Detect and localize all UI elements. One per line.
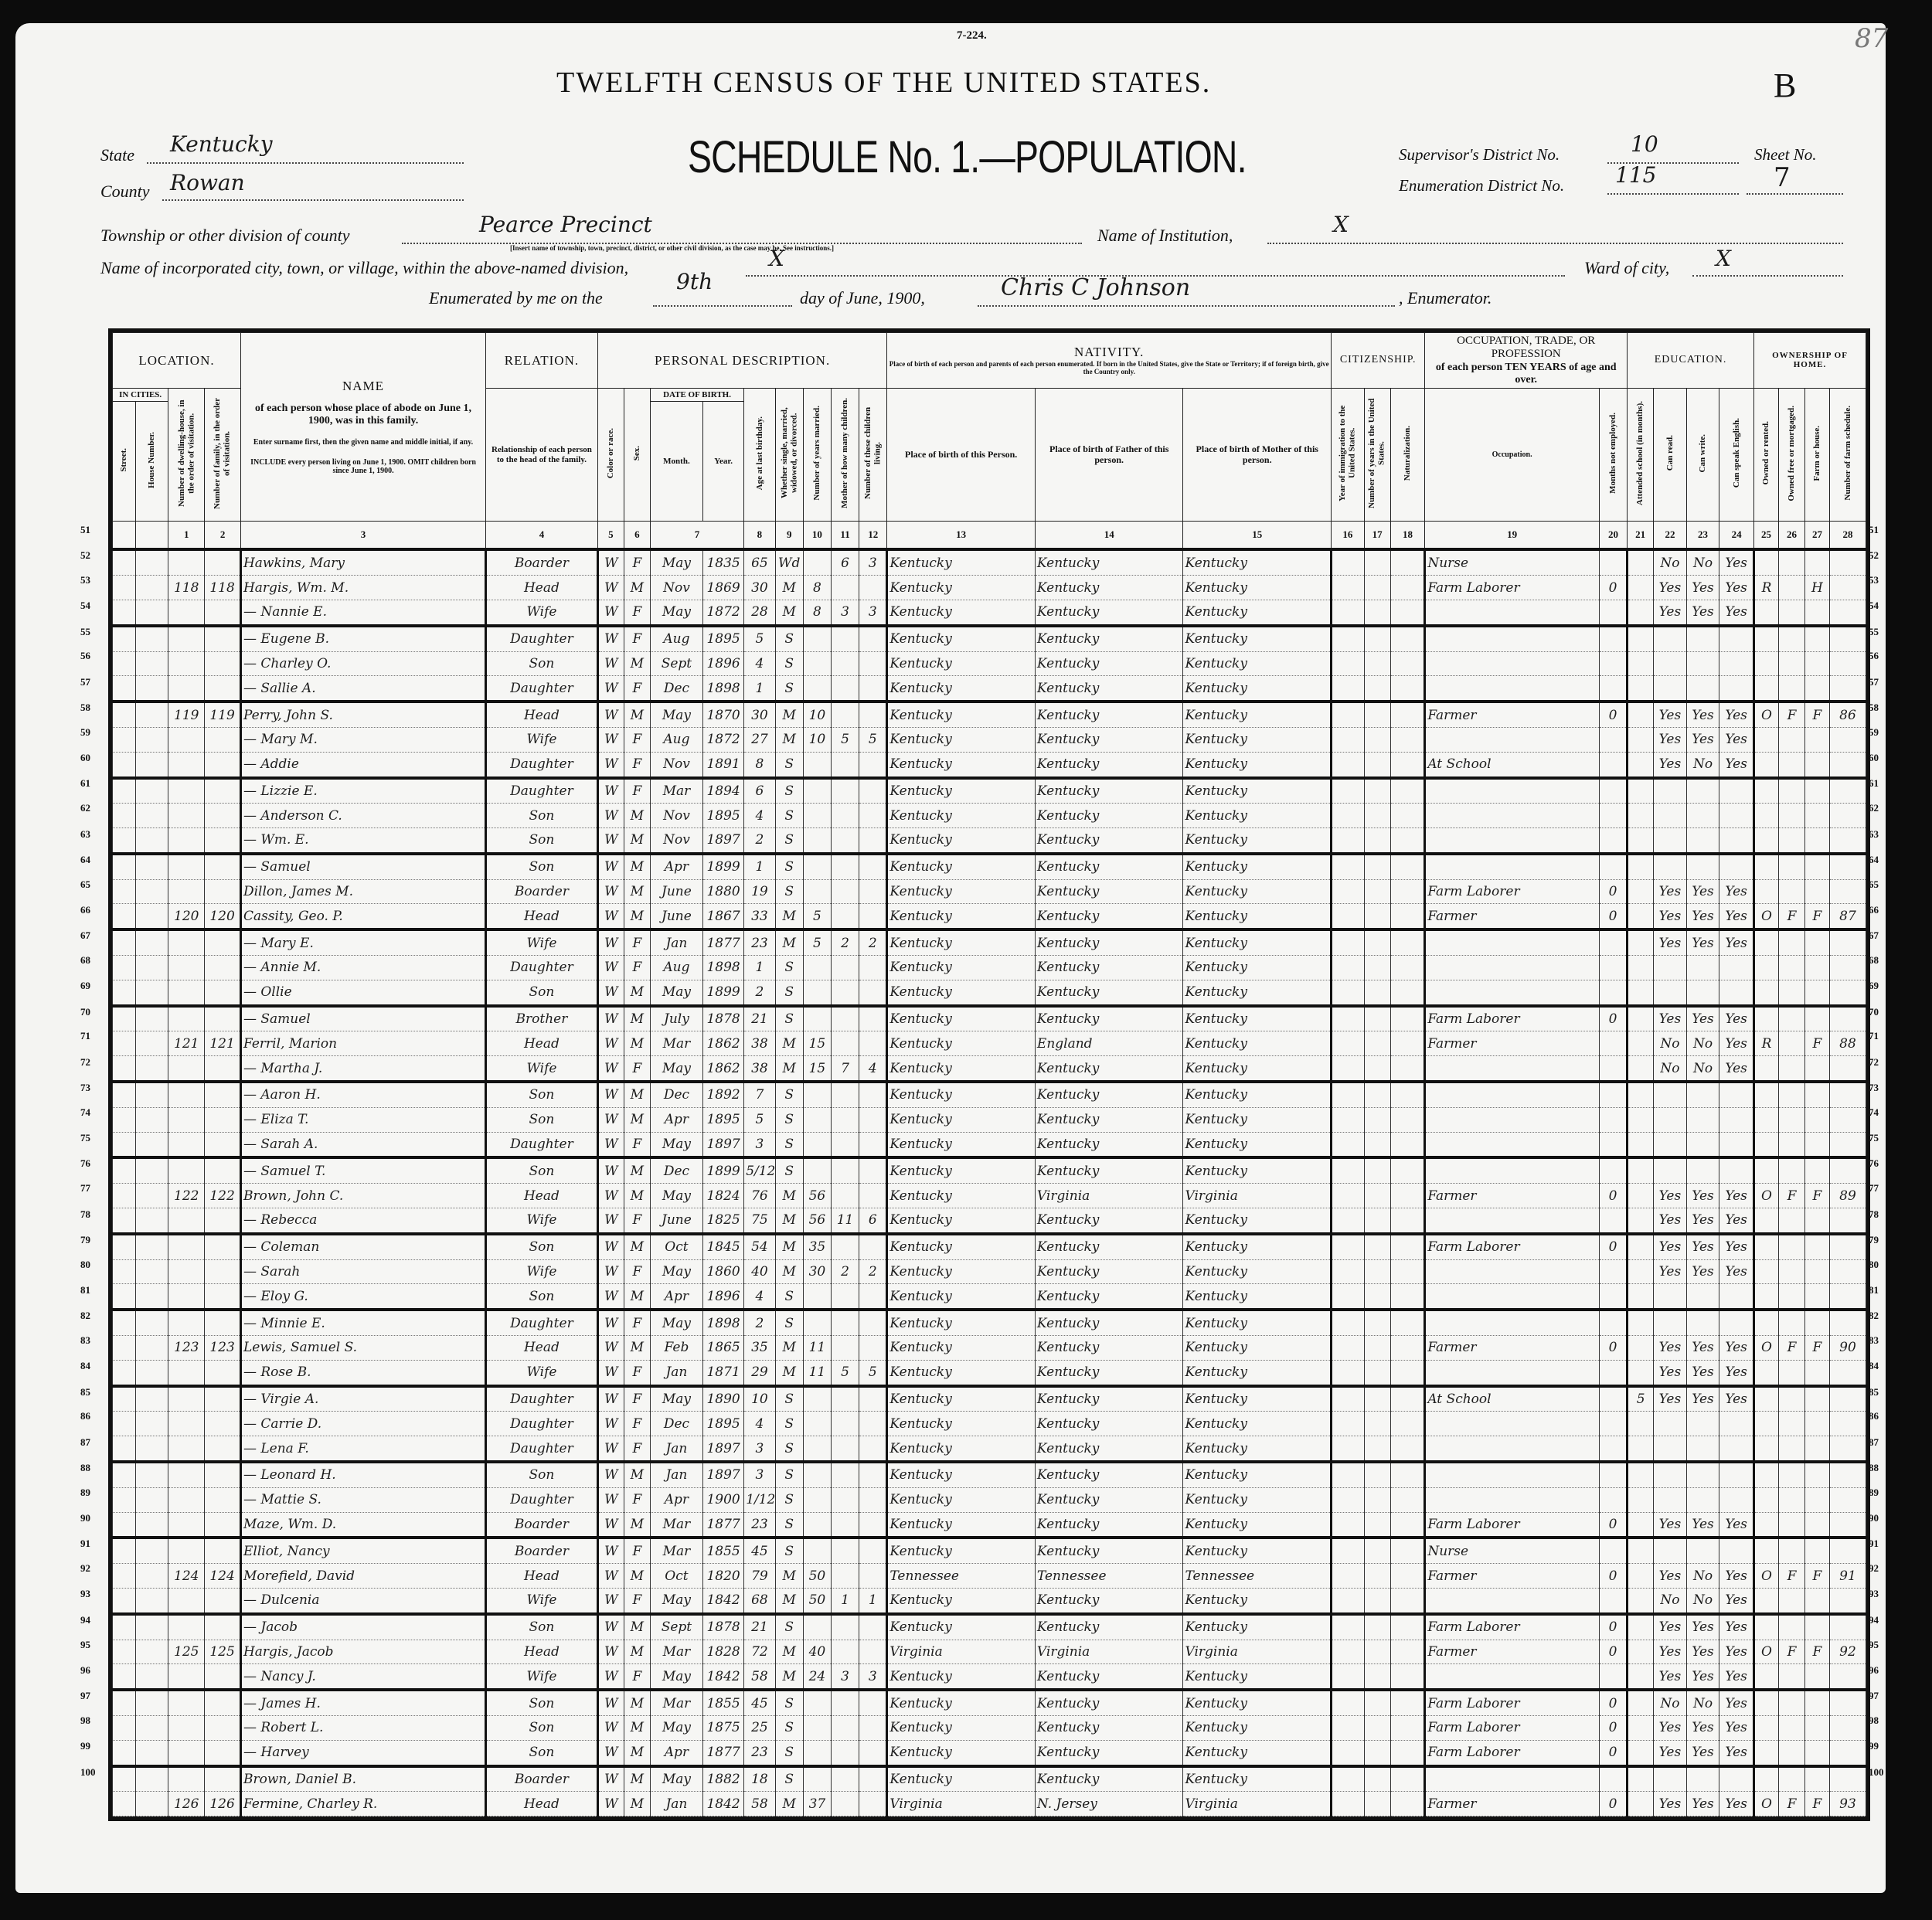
cell-relation: Head [486,576,598,600]
cell-years-in-us [1364,879,1390,904]
cell-sex: M [624,1031,650,1056]
cell-marital: S [775,1284,803,1310]
line-number: 80 [80,1259,90,1271]
cell-family: 123 [205,1336,241,1361]
cell-farm-schedule [1829,1234,1866,1259]
cell-mother-birthplace: Kentucky [1183,904,1332,929]
cell-birthplace: Kentucky [887,1284,1036,1310]
cell-family [205,828,241,854]
cell-name: Dillon, James M. [240,879,485,904]
table-row: — SamuelSonWMApr18991SKentuckyKentuckyKe… [113,854,1866,879]
cell-school-months [1628,1284,1654,1310]
cell-immigration [1332,929,1365,955]
cell-speaks-english: Yes [1719,727,1754,752]
cell-months-not-employed [1599,1487,1627,1512]
cell-free-mortgaged: F [1778,1564,1804,1589]
cell-free-mortgaged [1778,1284,1804,1310]
cell-months-not-employed [1599,1157,1627,1183]
cell-immigration [1332,1792,1365,1816]
cell-occupation: Farm Laborer [1425,1006,1600,1031]
cell-children-living [859,1640,887,1664]
cell-children-living [859,904,887,929]
cell-birthplace: Kentucky [887,1208,1036,1234]
table-row: Dillon, James M.BoarderWMJune188019SKent… [113,879,1866,904]
cell-house [135,651,168,676]
cell-birthplace: Kentucky [887,1031,1036,1056]
cell-mother-of [831,904,859,929]
cell-name: — Sarah [240,1259,485,1284]
cell-owned-rented [1754,1310,1779,1335]
cell-months-not-employed: 0 [1599,1336,1627,1361]
line-number: 79 [80,1234,90,1246]
cell-birthplace: Kentucky [887,828,1036,854]
cell-name: — Ollie [240,980,485,1005]
cell-name: — Rebecca [240,1208,485,1234]
cell-farm-schedule [1829,1715,1866,1740]
cell-relation: Head [486,1031,598,1056]
cell-years-in-us [1364,752,1390,777]
col-birth-year: Year. [702,402,743,522]
cell-years-married [803,778,831,804]
cell-farm-house [1804,980,1829,1005]
cell-school-months [1628,1056,1654,1082]
cell-relation: Son [486,1690,598,1715]
line-number: 74 [80,1106,90,1119]
cell-can-read: Yes [1654,1512,1687,1538]
cell-birth-month: Apr [650,1740,702,1765]
cell-school-months [1628,1740,1654,1765]
cell-can-read [1654,1310,1687,1335]
cell-name: — Annie M. [240,956,485,980]
cell-birth-month: Nov [650,828,702,854]
cell-birth-month: Dec [650,1412,702,1436]
cell-marital: M [775,600,803,625]
cell-farm-schedule [1829,828,1866,854]
cell-relation: Wife [486,929,598,955]
col-relation-desc: Relationship of each person to the head … [486,388,598,522]
cell-mother-birthplace: Kentucky [1183,727,1332,752]
cell-free-mortgaged: F [1778,1336,1804,1361]
cell-age: 75 [744,1208,775,1234]
line-number: 87 [80,1436,90,1449]
cell-age: 21 [744,1006,775,1031]
cell-dwelling: 124 [168,1564,205,1589]
col-group-in-cities: IN CITIES. [113,388,168,402]
cell-name: Hargis, Wm. M. [240,576,485,600]
cell-can-read [1654,1766,1687,1792]
cell-years-in-us [1364,626,1390,651]
line-number: 70 [80,1006,90,1018]
cell-birthplace: Virginia [887,1640,1036,1664]
cell-months-not-employed [1599,956,1627,980]
cell-relation: Son [486,1284,598,1310]
cell-mother-birthplace: Kentucky [1183,778,1332,804]
cell-birthplace: Kentucky [887,1664,1036,1690]
cell-birth-year: 1825 [702,1208,743,1234]
cell-sex: M [624,1690,650,1715]
occupation-title: OCCUPATION, TRADE, OR PROFESSION [1427,335,1625,362]
institution-line [1267,243,1843,244]
cell-name: — Addie [240,752,485,777]
cell-birth-year: 1891 [702,752,743,777]
cell-color: W [597,1512,624,1538]
cell-occupation [1425,651,1600,676]
cell-immigration [1332,1640,1365,1664]
cell-school-months [1628,651,1654,676]
cell-months-not-employed [1599,1259,1627,1284]
cell-street [113,626,136,651]
cell-name: Ferril, Marion [240,1031,485,1056]
cell-birth-month: Mar [650,1690,702,1715]
cell-sex: M [624,1184,650,1208]
cell-immigration [1332,1360,1365,1385]
col-attended-school: Attended school (in months). [1628,388,1654,522]
cell-farm-house: F [1804,1184,1829,1208]
cell-can-read: Yes [1654,727,1687,752]
cell-dwelling [168,1386,205,1412]
cell-birth-year: 1895 [702,1412,743,1436]
cell-years-married: 56 [803,1208,831,1234]
cell-sex: M [624,1512,650,1538]
name-include: INCLUDE every person living on June 1, 1… [243,458,484,476]
cell-marital: Wd [775,549,803,575]
cell-years-married [803,1740,831,1765]
line-number: 67 [1869,929,1879,942]
cell-marital: S [775,778,803,804]
cell-years-married: 5 [803,904,831,929]
cell-name: — Charley O. [240,651,485,676]
cell-family [205,1412,241,1436]
cell-free-mortgaged [1778,1310,1804,1335]
cell-street [113,1284,136,1310]
cell-name: — Nannie E. [240,600,485,625]
colnum-11: 11 [831,522,859,550]
cell-children-living [859,956,887,980]
cell-naturalization [1390,600,1425,625]
cell-school-months [1628,549,1654,575]
cell-color: W [597,1766,624,1792]
institution-value: X [1333,212,1349,237]
cell-can-read: Yes [1654,879,1687,904]
colnum-6: 6 [624,522,650,550]
cell-can-read [1654,626,1687,651]
cell-name: — Mattie S. [240,1487,485,1512]
cell-age: 35 [744,1336,775,1361]
cell-family [205,804,241,828]
cell-speaks-english: Yes [1719,1336,1754,1361]
cell-dwelling: 120 [168,904,205,929]
table-row: — Eugene B.DaughterWFAug18955SKentuckyKe… [113,626,1866,651]
cell-immigration [1332,1107,1365,1132]
cell-owned-rented [1754,1715,1779,1740]
cell-free-mortgaged [1778,576,1804,600]
cell-years-in-us [1364,1766,1390,1792]
cell-children-living: 5 [859,1360,887,1385]
cell-birth-year: 1875 [702,1715,743,1740]
cell-farm-schedule [1829,752,1866,777]
cell-color: W [597,1690,624,1715]
cell-can-write: Yes [1686,576,1719,600]
cell-street [113,549,136,575]
cell-birth-year: 1882 [702,1766,743,1792]
colnum-2: 2 [205,522,241,550]
line-number: 89 [1869,1487,1879,1499]
cell-street [113,1792,136,1816]
colnum-15: 15 [1183,522,1332,550]
cell-can-write [1686,676,1719,702]
cell-immigration [1332,1564,1365,1589]
line-number: 61 [80,777,90,790]
cell-marital: S [775,651,803,676]
cell-children-living [859,576,887,600]
cell-color: W [597,1360,624,1385]
cell-mother-birthplace: Kentucky [1183,1310,1332,1335]
table-row: — Annie M.DaughterWFAug18981SKentuckyKen… [113,956,1866,980]
cell-occupation: Farm Laborer [1425,576,1600,600]
cell-marital: S [775,956,803,980]
colnum-21: 21 [1628,522,1654,550]
cell-house [135,1589,168,1614]
cell-farm-schedule [1829,1538,1866,1563]
cell-father-birthplace: Kentucky [1035,854,1183,879]
cell-children-living [859,1538,887,1563]
cell-mother-birthplace: Kentucky [1183,626,1332,651]
cell-naturalization [1390,980,1425,1005]
cell-years-married [803,1412,831,1436]
cell-naturalization [1390,854,1425,879]
cell-speaks-english: Yes [1719,1056,1754,1082]
cell-farm-house: F [1804,904,1829,929]
cell-owned-rented [1754,727,1779,752]
cell-can-read: Yes [1654,1614,1687,1640]
cell-birth-month: May [650,1132,702,1157]
cell-naturalization [1390,1614,1425,1640]
cell-years-married [803,1538,831,1563]
cell-birth-year: 1855 [702,1690,743,1715]
cell-can-read [1654,956,1687,980]
line-number: 54 [80,600,90,612]
cell-speaks-english: Yes [1719,1589,1754,1614]
cell-years-married: 56 [803,1184,831,1208]
cell-street [113,1664,136,1690]
cell-relation: Boarder [486,1766,598,1792]
line-number: 65 [1869,878,1879,891]
cell-dwelling: 119 [168,702,205,727]
cell-name: Maze, Wm. D. [240,1512,485,1538]
cell-mother-of [831,1082,859,1107]
table-row: — Rose B.WifeWFJan187129M1155KentuckyKen… [113,1360,1866,1385]
cell-owned-rented [1754,1284,1779,1310]
cell-owned-rented [1754,1082,1779,1107]
cell-years-married [803,1487,831,1512]
cell-relation: Head [486,904,598,929]
cell-months-not-employed [1599,626,1627,651]
cell-house [135,980,168,1005]
cell-occupation [1425,1284,1600,1310]
cell-can-write [1686,956,1719,980]
cell-street [113,1512,136,1538]
township-label: Township or other division of county [100,226,349,246]
line-number: 73 [1869,1082,1879,1094]
cell-years-in-us [1364,1031,1390,1056]
cell-family: 122 [205,1184,241,1208]
cell-house [135,1640,168,1664]
cell-mother-of: 5 [831,727,859,752]
col-years-in-us: Number of years in the United States. [1364,388,1390,522]
cell-house [135,549,168,575]
cell-immigration [1332,1462,1365,1487]
cell-mother-of [831,1412,859,1436]
county-label: County [100,182,150,202]
cell-months-not-employed [1599,1208,1627,1234]
cell-farm-schedule: 86 [1829,702,1866,727]
cell-naturalization [1390,1740,1425,1765]
cell-age: 2 [744,980,775,1005]
line-number: 65 [80,878,90,891]
table-row: — RebeccaWifeWFJune182575M56116KentuckyK… [113,1208,1866,1234]
cell-dwelling [168,1157,205,1183]
cell-color: W [597,1792,624,1816]
cell-house [135,804,168,828]
col-group-name: NAME [243,379,484,394]
cell-occupation: Farmer [1425,1792,1600,1816]
col-group-nativity: NATIVITY. Place of birth of each person … [887,333,1332,389]
table-row: — James H.SonWMMar185545SKentuckyKentuck… [113,1690,1866,1715]
cell-marital: S [775,1462,803,1487]
cell-father-birthplace: Kentucky [1035,1360,1183,1385]
margin-page-note: 87 [1855,23,1888,54]
cell-owned-rented [1754,676,1779,702]
cell-dwelling [168,854,205,879]
cell-birth-year: 1895 [702,626,743,651]
cell-farm-schedule [1829,804,1866,828]
col-group-personal: PERSONAL DESCRIPTION. [597,333,887,389]
table-row: — Minnie E.DaughterWFMay18982SKentuckyKe… [113,1310,1866,1335]
cell-school-months [1628,1310,1654,1335]
colnum-10: 10 [803,522,831,550]
cell-years-in-us [1364,1664,1390,1690]
cell-birth-month: May [650,600,702,625]
cell-house [135,1386,168,1412]
cell-farm-schedule [1829,1589,1866,1614]
cell-street [113,828,136,854]
cell-school-months [1628,1082,1654,1107]
cell-house [135,1792,168,1816]
cell-mother-birthplace: Kentucky [1183,676,1332,702]
cell-speaks-english: Yes [1719,1512,1754,1538]
cell-immigration [1332,676,1365,702]
cell-free-mortgaged: F [1778,702,1804,727]
cell-street [113,1589,136,1614]
cell-free-mortgaged [1778,1132,1804,1157]
cell-years-in-us [1364,778,1390,804]
census-rows: Hawkins, MaryBoarderWFMay183565Wd63Kentu… [113,549,1866,1816]
header-group-row: LOCATION. NAME of each person whose plac… [113,333,1866,389]
cell-can-write: No [1686,1056,1719,1082]
supervisor-label: Supervisor's District No. [1399,145,1560,165]
line-number: 51 [1869,524,1879,536]
cell-color: W [597,1208,624,1234]
cell-birth-month: May [650,702,702,727]
cell-school-months [1628,1107,1654,1132]
name-desc: of each person whose place of abode on J… [243,403,484,427]
cell-age: 18 [744,1766,775,1792]
cell-birth-year: 1855 [702,1538,743,1563]
cell-owned-rented [1754,549,1779,575]
cell-age: 4 [744,1412,775,1436]
col-free-mortgaged: Owned free or mortgaged. [1778,388,1804,522]
cell-children-living: 3 [859,549,887,575]
cell-age: 3 [744,1436,775,1462]
cell-marital: S [775,854,803,879]
cell-naturalization [1390,1360,1425,1385]
supervisor-value: 10 [1631,131,1658,157]
cell-farm-house [1804,1132,1829,1157]
cell-color: W [597,549,624,575]
cell-birthplace: Kentucky [887,804,1036,828]
col-immigration-year: Year of immigration to the United States… [1332,388,1365,522]
cell-mother-birthplace: Kentucky [1183,752,1332,777]
col-dwelling: Number of dwelling-house, in the order o… [168,388,205,522]
cell-dwelling [168,1056,205,1082]
line-number: 100 [80,1766,96,1779]
cell-name: — Samuel T. [240,1157,485,1183]
cell-owned-rented [1754,1056,1779,1082]
cell-family [205,752,241,777]
cell-birth-year: 1895 [702,804,743,828]
cell-owned-rented [1754,1512,1779,1538]
cell-years-married [803,676,831,702]
col-months-not-employed: Months not employed. [1599,388,1627,522]
cell-speaks-english: Yes [1719,904,1754,929]
cell-owned-rented [1754,600,1779,625]
cell-house [135,676,168,702]
cell-birth-month: June [650,879,702,904]
cell-farm-schedule [1829,1462,1866,1487]
cell-mother-of [831,1336,859,1361]
cell-color: W [597,1538,624,1563]
cell-birth-month: Nov [650,752,702,777]
cell-owned-rented: O [1754,904,1779,929]
cell-father-birthplace: Kentucky [1035,879,1183,904]
cell-can-read: No [1654,1056,1687,1082]
cell-naturalization [1390,549,1425,575]
cell-color: W [597,1056,624,1082]
cell-free-mortgaged [1778,1006,1804,1031]
cell-immigration [1332,1056,1365,1082]
cell-family [205,1740,241,1765]
cell-house [135,1336,168,1361]
cell-street [113,1715,136,1740]
cell-name: — Jacob [240,1614,485,1640]
cell-birth-year: 1895 [702,1107,743,1132]
cell-relation: Wife [486,600,598,625]
cell-father-birthplace: Kentucky [1035,956,1183,980]
cell-dwelling: 121 [168,1031,205,1056]
cell-birth-month: Jan [650,1462,702,1487]
cell-farm-schedule [1829,1487,1866,1512]
cell-father-birthplace: Kentucky [1035,1715,1183,1740]
cell-occupation [1425,1412,1600,1436]
cell-years-married [803,1512,831,1538]
cell-house [135,1006,168,1031]
cell-farm-schedule [1829,879,1866,904]
cell-mother-birthplace: Kentucky [1183,1107,1332,1132]
cell-farm-house: F [1804,1640,1829,1664]
line-number: 77 [1869,1182,1879,1194]
cell-farm-house: H [1804,576,1829,600]
cell-naturalization [1390,1715,1425,1740]
